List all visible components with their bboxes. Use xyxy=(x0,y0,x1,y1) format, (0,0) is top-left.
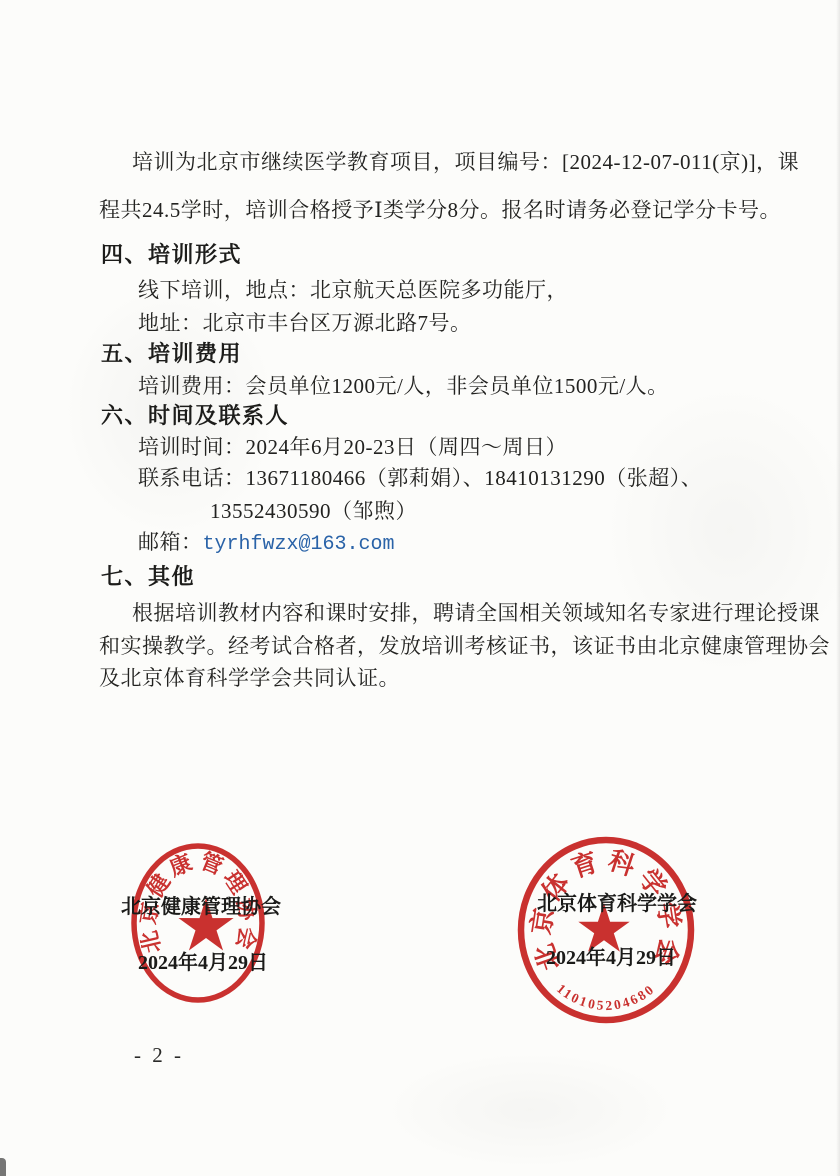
email-label: 邮箱： xyxy=(138,530,203,554)
contact-phone-line-2: 13552430590（邹煦） xyxy=(210,497,417,525)
intro-paragraph-line-1: 培训为北京市继续医学教育项目，项目编号：[2024-12-07-011(京)]，… xyxy=(132,148,799,176)
section-4-heading: 四、培训形式 xyxy=(101,241,242,269)
scan-corner-mark xyxy=(0,1158,6,1176)
section-7-line-1: 根据培训教材内容和课时安排，聘请全国相关领域知名专家进行理论授课 xyxy=(132,599,820,627)
section-5-line-1: 培训费用：会员单位1200元/人，非会员单位1500元/人。 xyxy=(138,372,669,400)
section-7-line-3: 及北京体育科学学会共同认证。 xyxy=(99,664,400,692)
issuer-name-left: 北京健康管理协会 xyxy=(121,890,281,919)
scan-edge-shadow xyxy=(836,0,840,1176)
section-7-heading: 七、其他 xyxy=(101,563,195,591)
section-4-line-2: 地址：北京市丰台区万源北路7号。 xyxy=(138,309,472,337)
issue-date-right: 2024年4月29日 xyxy=(546,941,676,970)
issuer-name-right: 北京体育科学学会 xyxy=(537,887,697,916)
scanned-document-page: 培训为北京市继续医学教育项目，项目编号：[2024-12-07-011(京)]，… xyxy=(0,0,840,1176)
official-seal-health-management-association: 北京健康管理协会 xyxy=(126,840,270,1006)
scan-smudge xyxy=(380,1050,680,1170)
section-6-heading: 六、时间及联系人 xyxy=(101,402,289,430)
issue-date-left: 2024年4月29日 xyxy=(138,946,268,975)
section-5-heading: 五、培训费用 xyxy=(101,340,242,368)
official-seal-sports-science-society: 北京体育科学学会 110105204680 xyxy=(514,836,698,1024)
contact-phone-line-1: 联系电话：13671180466（郭莉娟）、18410131290（张超）、 xyxy=(138,464,702,492)
intro-paragraph-line-2: 程共24.5学时，培训合格授予Ⅰ类学分8分。报名时请务必登记学分卡号。 xyxy=(99,196,781,224)
training-time-line: 培训时间：2024年6月20-23日（周四～周日） xyxy=(138,433,567,461)
section-4-line-1: 线下培训，地点：北京航天总医院多功能厅， xyxy=(138,276,568,304)
section-7-line-2: 和实操教学。经考试合格者，发放培训考核证书，该证书由北京健康管理协会 xyxy=(99,632,830,660)
email-value: tyrhfwzx@163.com xyxy=(203,533,395,556)
page-number: - 2 - xyxy=(134,1043,184,1068)
email-line: 邮箱：tyrhfwzx@163.com xyxy=(138,528,395,559)
